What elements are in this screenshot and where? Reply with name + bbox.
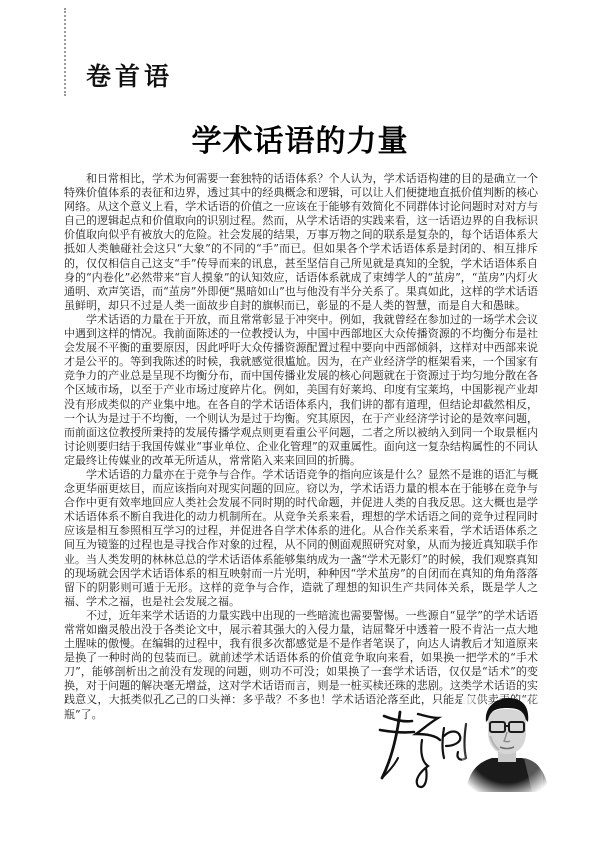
journal-foreword-page: 卷首语 学术话语的力量 和日常相比，学术为何需要一套独特的话语体系？个人认为，学…	[0, 0, 600, 843]
signature-handwriting-icon	[370, 706, 475, 791]
author-signature-block	[370, 694, 555, 794]
page-title: 学术话语的力量	[0, 116, 600, 160]
author-photo	[462, 696, 552, 792]
paragraph-1: 和日常相比，学术为何需要一套独特的话语体系？个人认为，学术话语构建的目的是确立一…	[64, 172, 538, 313]
article-body: 和日常相比，学术为何需要一套独特的话语体系？个人认为，学术话语构建的目的是确立一…	[64, 172, 538, 722]
paragraph-2: 学术话语的力量在于开放，而且常常彰显于冲突中。例如，我就曾经在参加过的一场学术会…	[64, 313, 538, 468]
section-label: 卷首语	[86, 57, 173, 93]
paragraph-3: 学术话语的力量亦在于竞争与合作。学术话语竞争的指向应该是什么？显然不是谁的语汇与…	[64, 468, 538, 609]
section-divider-line	[64, 8, 66, 96]
